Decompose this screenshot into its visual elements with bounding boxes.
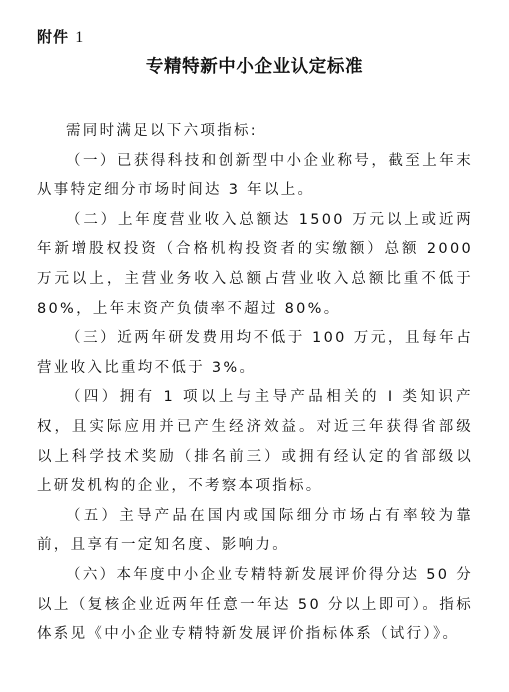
- criterion-6: （六）本年度中小企业专精特新发展评价得分达 50 分以上（复核企业近两年任意一年…: [37, 561, 473, 650]
- attachment-label: 附件 1: [37, 26, 84, 47]
- criterion-5: （五）主导产品在国内或国际细分市场占有率较为靠前，且享有一定知名度、影响力。: [37, 502, 473, 561]
- criterion-2: （二）上年度营业收入总额达 1500 万元以上或近两年新增股权投资（合格机构投资…: [37, 206, 473, 324]
- document-body: 需同时满足以下六项指标: （一）已获得科技和创新型中小企业称号，截至上年末从事特…: [37, 117, 473, 650]
- criterion-3: （三）近两年研发费用均不低于 100 万元，且每年占营业收入比重均不低于 3%。: [37, 324, 473, 383]
- attachment-label-text: 附件: [37, 28, 69, 46]
- document-title: 专精特新中小企业认定标准: [0, 53, 509, 78]
- criterion-4: （四）拥有 1 项以上与主导产品相关的 I 类知识产权，且实际应用并已产生经济效…: [37, 383, 473, 501]
- intro-paragraph: 需同时满足以下六项指标:: [37, 117, 473, 147]
- criterion-1: （一）已获得科技和创新型中小企业称号，截至上年末从事特定细分市场时间达 3 年以…: [37, 147, 473, 206]
- attachment-number: 1: [75, 29, 84, 46]
